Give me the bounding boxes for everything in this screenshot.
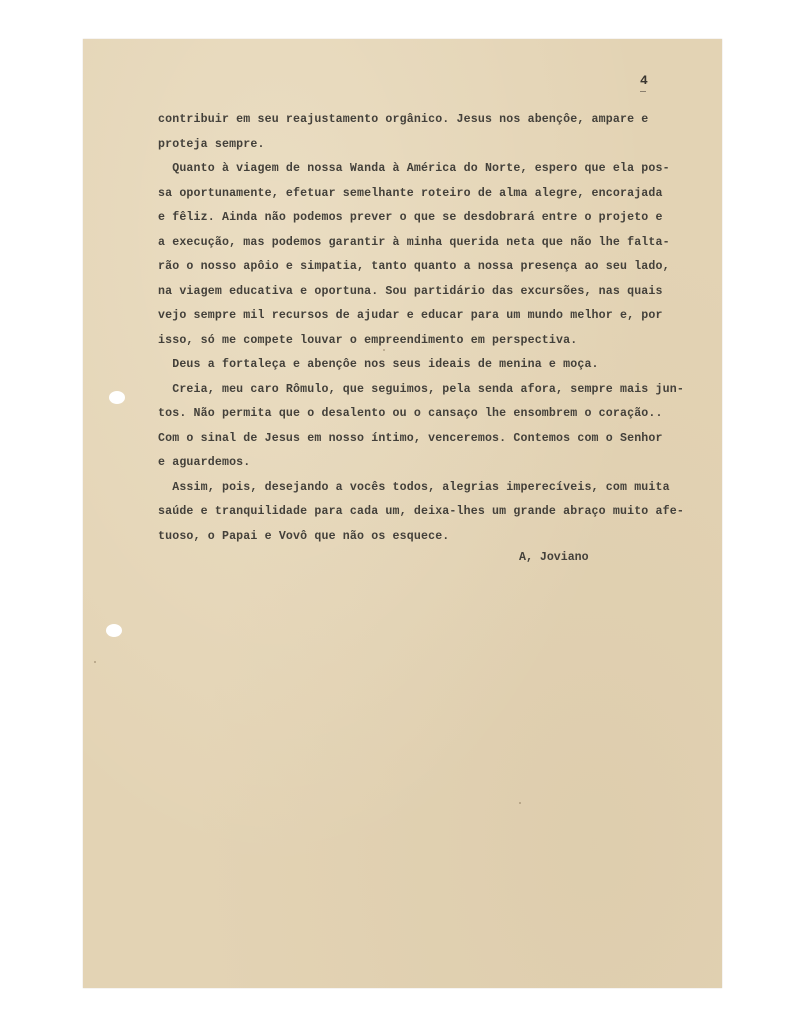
letter-body: contribuir em seu reajustamento orgânico… [158,108,718,549]
document-page: 4 contribuir em seu reajustamento orgâni… [83,39,722,988]
paper-speck [383,349,385,351]
punch-hole-top [109,391,125,404]
text-line: proteja sempre. [158,133,718,158]
text-line: tuoso, o Papai e Vovô que não os esquece… [158,525,718,550]
punch-hole-bottom [106,624,122,637]
text-line: rão o nosso apôio e simpatia, tanto quan… [158,255,718,280]
text-line: saúde e tranquilidade para cada um, deix… [158,500,718,525]
paper-speck [94,661,96,663]
text-line: Quanto à viagem de nossa Wanda à América… [158,157,718,182]
page-number-mark [640,91,646,92]
signature: A, Joviano [519,551,589,564]
text-line: isso, só me compete louvar o empreendime… [158,329,718,354]
text-line: tos. Não permita que o desalento ou o ca… [158,402,718,427]
text-line: Deus a fortaleça e abençôe nos seus idea… [158,353,718,378]
text-line: Assim, pois, desejando a vocês todos, al… [158,476,718,501]
page-number: 4 [640,73,648,88]
text-line: Creia, meu caro Rômulo, que seguimos, pe… [158,378,718,403]
text-line: e aguardemos. [158,451,718,476]
text-line: e fêliz. Ainda não podemos prever o que … [158,206,718,231]
text-line: na viagem educativa e oportuna. Sou part… [158,280,718,305]
text-line: sa oportunamente, efetuar semelhante rot… [158,182,718,207]
text-line: contribuir em seu reajustamento orgânico… [158,108,718,133]
text-line: a execução, mas podemos garantir à minha… [158,231,718,256]
text-line: vejo sempre mil recursos de ajudar e edu… [158,304,718,329]
text-line: Com o sinal de Jesus em nosso íntimo, ve… [158,427,718,452]
paper-speck [519,802,521,804]
